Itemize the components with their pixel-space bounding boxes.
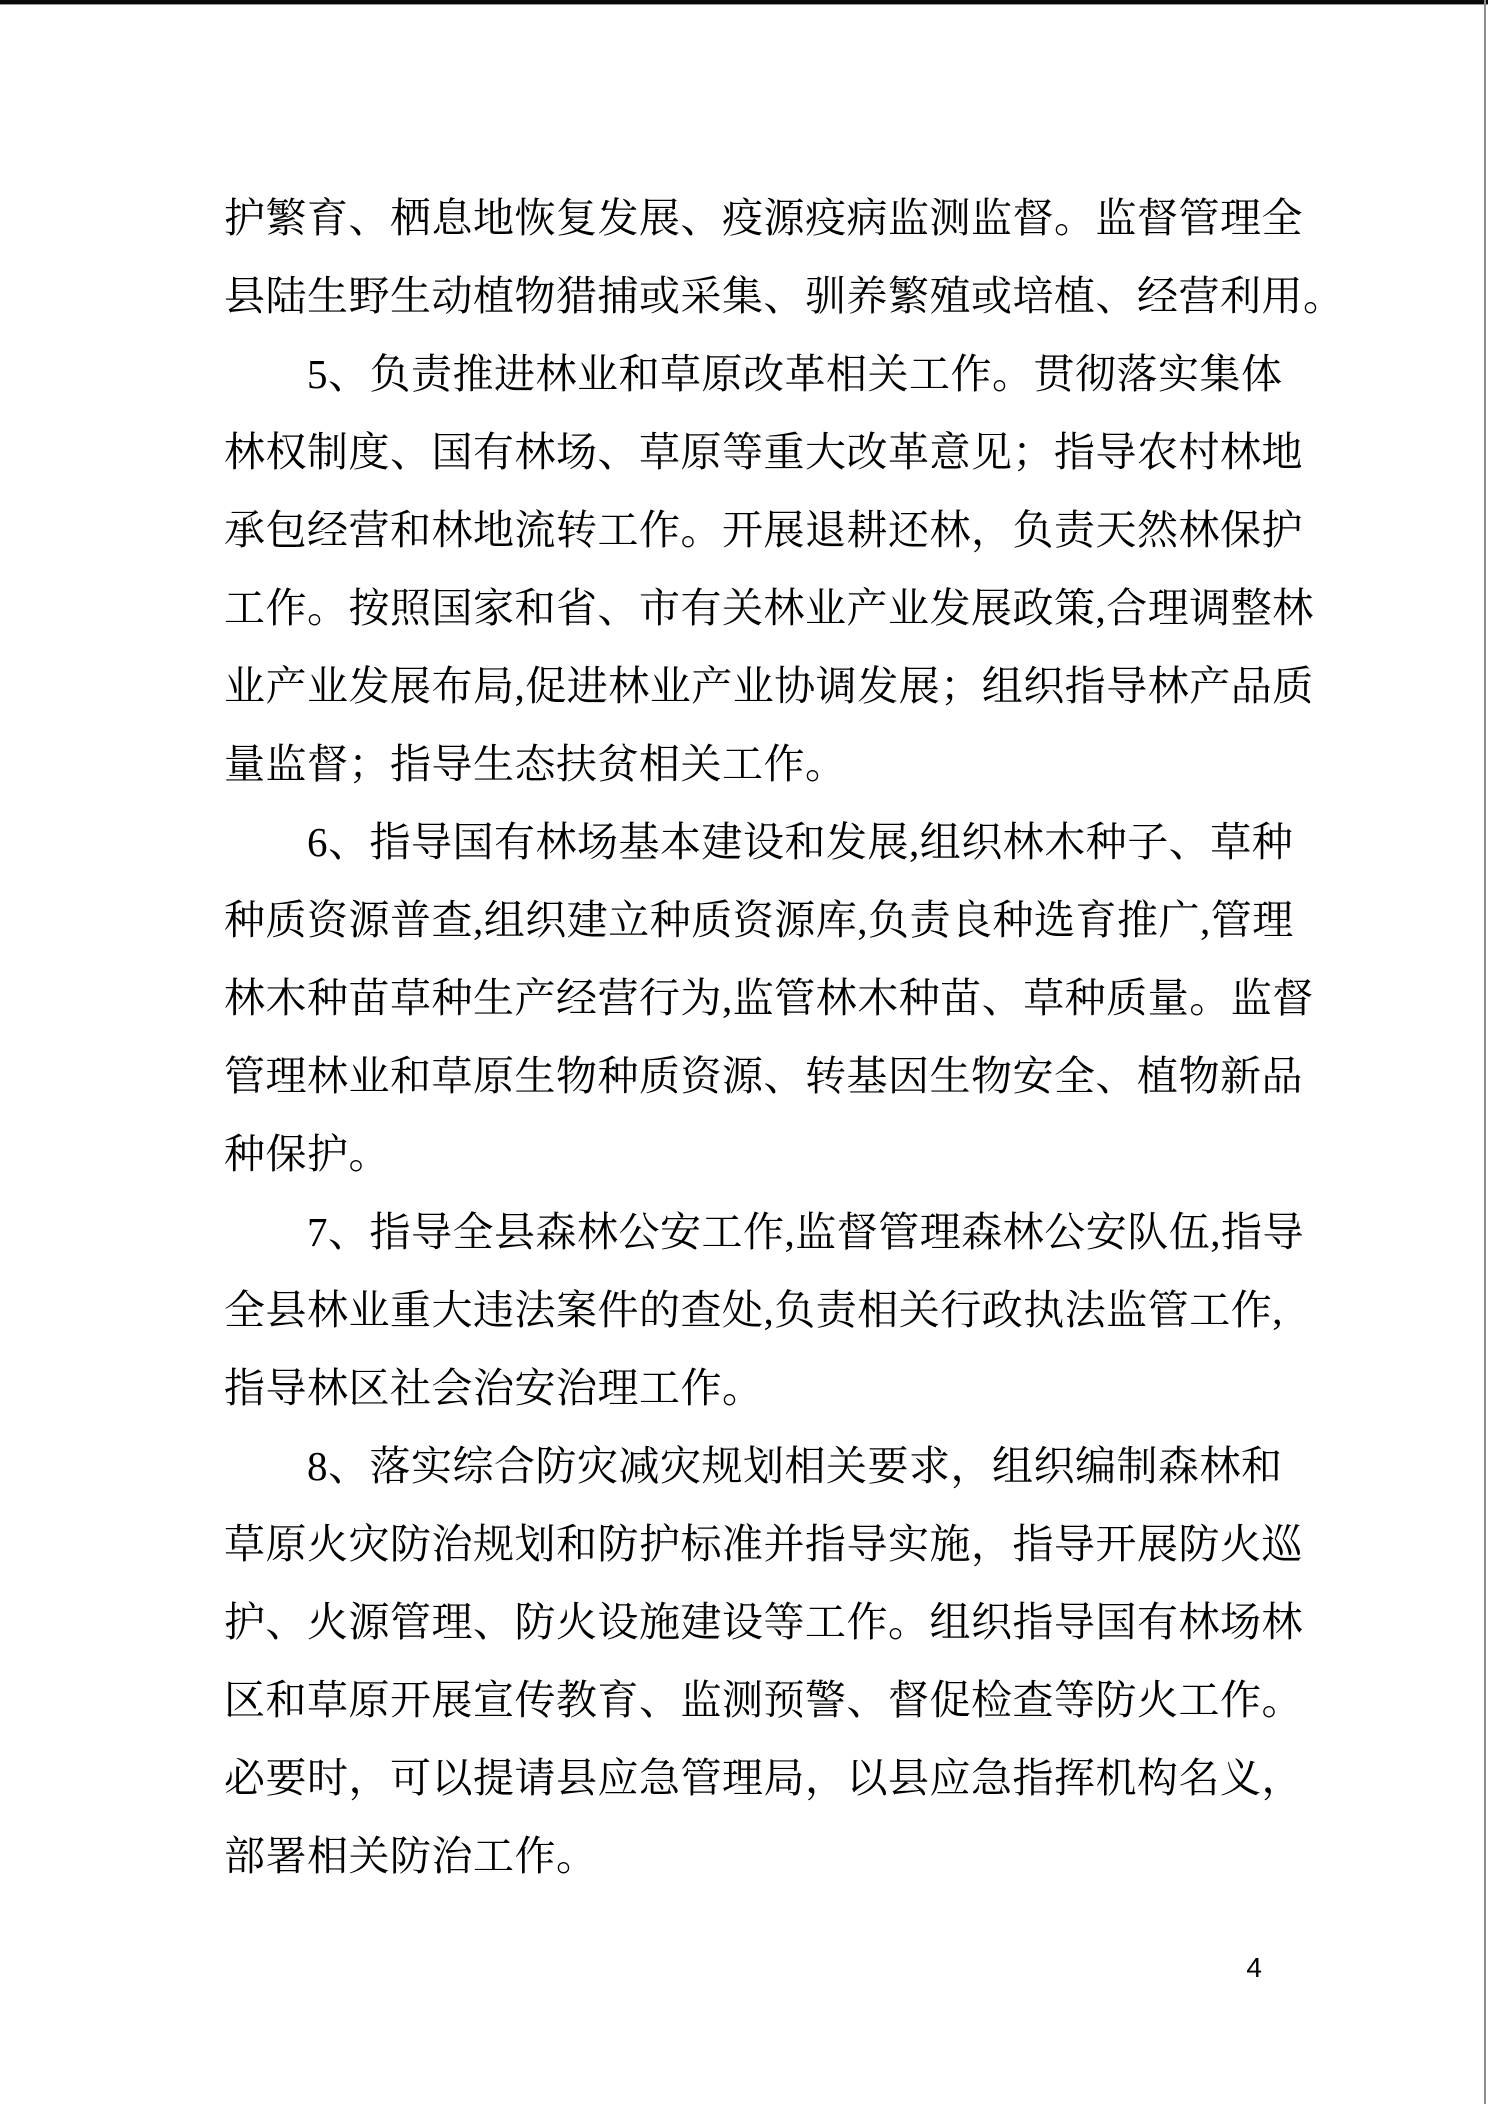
text-line: 全县林业重大违法案件的查处,负责相关行政执法监管工作, — [224, 1271, 1264, 1349]
text-line: 6、指导国有林场基本建设和发展,组织林木种子、草种 — [224, 803, 1264, 881]
text-line: 种保护。 — [224, 1115, 1264, 1193]
text-line: 种质资源普查,组织建立种质资源库,负责良种选育推广,管理 — [224, 881, 1264, 959]
text-line: 部署相关防治工作。 — [224, 1817, 1264, 1895]
text-line: 必要时，可以提请县应急管理局，以县应急指挥机构名义， — [224, 1739, 1264, 1817]
text-line: 承包经营和林地流转工作。开展退耕还林，负责天然林保护 — [224, 491, 1264, 569]
text-line: 林权制度、国有林场、草原等重大改革意见；指导农村林地 — [224, 413, 1264, 491]
document-page: 护繁育、栖息地恢复发展、疫源疫病监测监督。监督管理全县陆生野生动植物猎捕或采集、… — [0, 0, 1488, 2104]
text-line: 管理林业和草原生物种质资源、转基因生物安全、植物新品 — [224, 1037, 1264, 1115]
text-line: 护、火源管理、防火设施建设等工作。组织指导国有林场林 — [224, 1583, 1264, 1661]
window-top-border — [0, 0, 1488, 5]
text-line: 量监督；指导生态扶贫相关工作。 — [224, 725, 1264, 803]
text-line: 8、落实综合防灾减灾规划相关要求，组织编制森林和 — [224, 1427, 1264, 1505]
document-body: 护繁育、栖息地恢复发展、疫源疫病监测监督。监督管理全县陆生野生动植物猎捕或采集、… — [224, 179, 1264, 1895]
page-number: 4 — [224, 1953, 1262, 1983]
text-line: 业产业发展布局,促进林业产业协调发展；组织指导林产品质 — [224, 647, 1264, 725]
text-line: 县陆生野生动植物猎捕或采集、驯养繁殖或培植、经营利用。 — [224, 257, 1264, 335]
text-line: 林木种苗草种生产经营行为,监管林木种苗、草种质量。监督 — [224, 959, 1264, 1037]
text-line: 工作。按照国家和省、市有关林业产业发展政策,合理调整林 — [224, 569, 1264, 647]
page-right-border — [1484, 0, 1486, 2104]
text-line: 7、指导全县森林公安工作,监督管理森林公安队伍,指导 — [224, 1193, 1264, 1271]
text-line: 草原火灾防治规划和防护标准并指导实施，指导开展防火巡 — [224, 1505, 1264, 1583]
text-line: 指导林区社会治安治理工作。 — [224, 1349, 1264, 1427]
text-line: 区和草原开展宣传教育、监测预警、督促检查等防火工作。 — [224, 1661, 1264, 1739]
text-line: 5、负责推进林业和草原改革相关工作。贯彻落实集体 — [224, 335, 1264, 413]
text-line: 护繁育、栖息地恢复发展、疫源疫病监测监督。监督管理全 — [224, 179, 1264, 257]
